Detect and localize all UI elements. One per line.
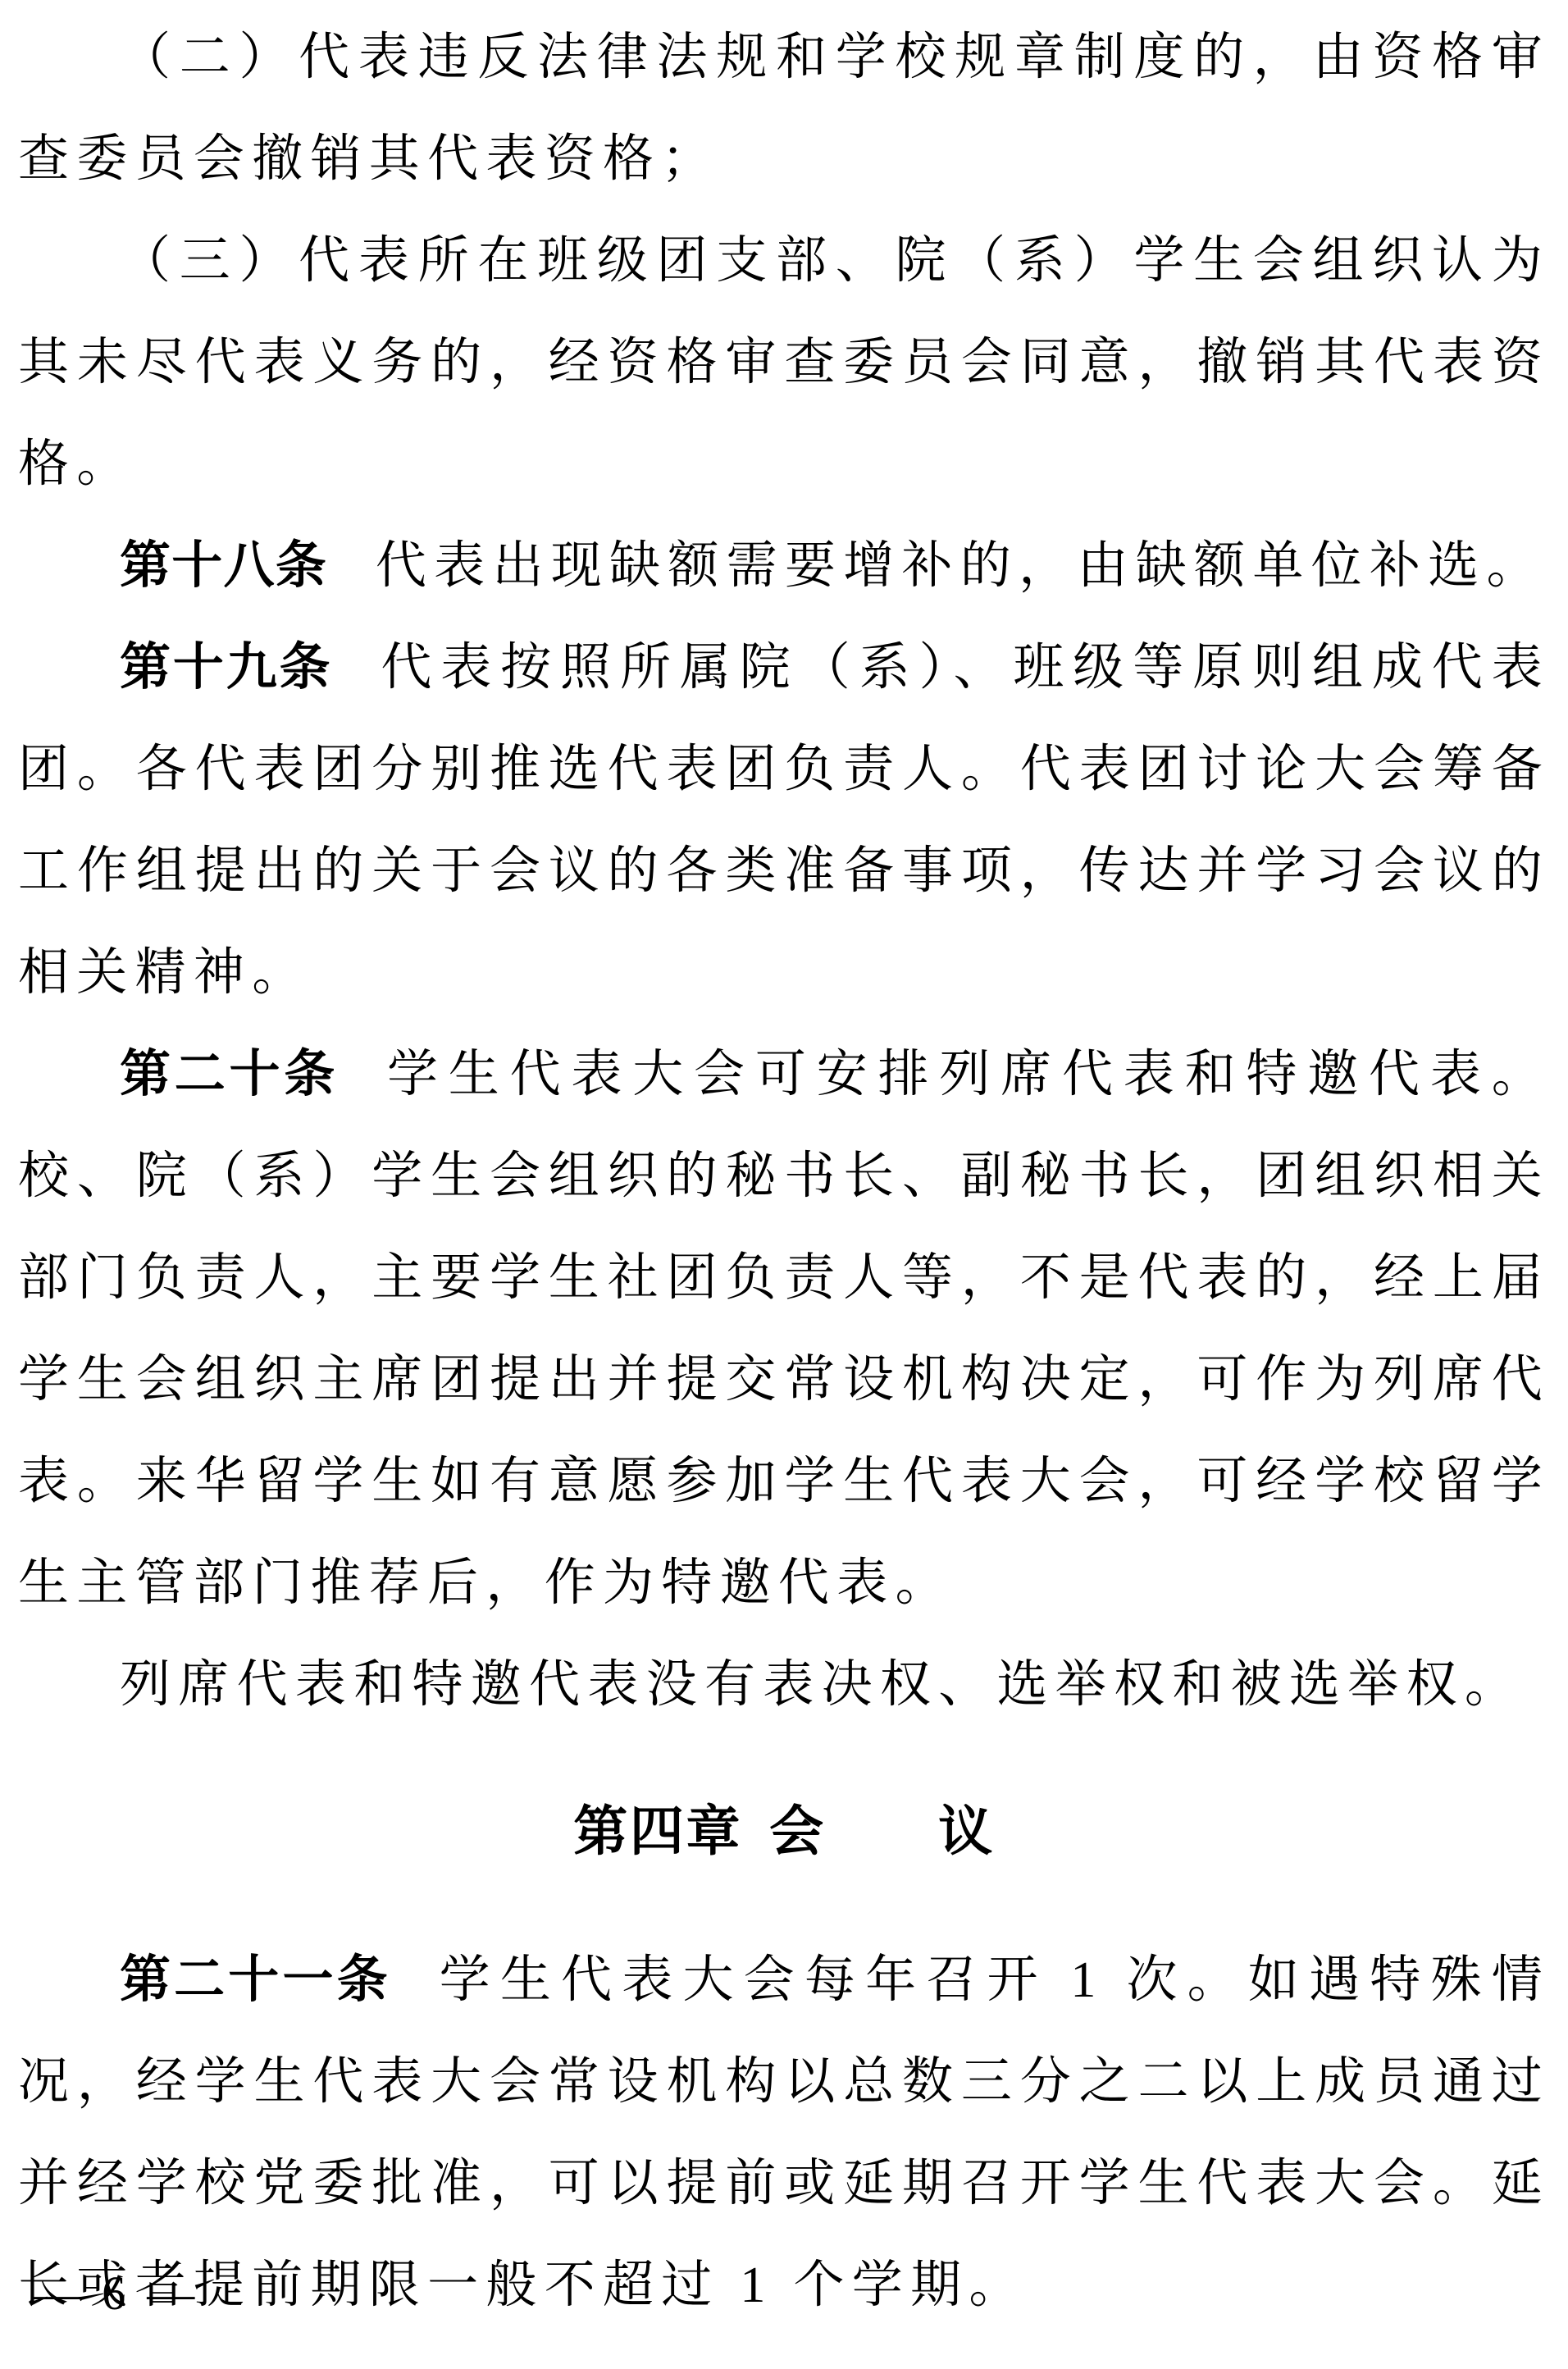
article-number: 第十八条: [120, 537, 327, 594]
paragraph: 第十八条代表出现缺额需要增补的，由缺额单位补选。: [18, 515, 1550, 617]
paragraph: （二）代表违反法律法规和学校规章制度的，由资格审查委员会撤销其代表资格；: [18, 7, 1550, 210]
paragraph: 列席代表和特邀代表没有表决权、选举权和被选举权。: [18, 1634, 1550, 1736]
paragraph: （三）代表所在班级团支部、院（系）学生会组织认为其未尽代表义务的，经资格审查委员…: [18, 210, 1550, 515]
paragraph-text: 列席代表和特邀代表没有表决权、选举权和被选举权。: [120, 1657, 1523, 1713]
article-number: 第二十一条: [120, 1951, 391, 2008]
article-number: 第二十条: [120, 1046, 339, 1102]
paragraph-text: 学生代表大会可安排列席代表和特邀代表。校、院（系）学生会组织的秘书长、副秘书长，…: [18, 1047, 1550, 1611]
document-body: （二）代表违反法律法规和学校规章制度的，由资格审查委员会撤销其代表资格； （三）…: [18, 7, 1550, 2336]
paragraph-text: 代表出现缺额需要增补的，由缺额单位补选。: [376, 538, 1545, 594]
article-number: 第十九条: [120, 639, 332, 696]
paragraph: 第二十一条学生代表大会每年召开 1 次。如遇特殊情况，经学生代表大会常设机构以总…: [18, 1929, 1550, 2336]
chapter-number: 第四章: [573, 1802, 742, 1862]
document-page: （二）代表违反法律法规和学校规章制度的，由资格审查委员会撤销其代表资格； （三）…: [0, 0, 1568, 2369]
page-footer: — 6 —: [33, 2269, 199, 2318]
paragraph-text: （二）代表违反法律法规和学校规章制度的，由资格审查委员会撤销其代表资格；: [18, 30, 1550, 187]
chapter-title: 会 议: [769, 1802, 995, 1862]
paragraph-text: （三）代表所在班级团支部、院（系）学生会组织认为其未尽代表义务的，经资格审查委员…: [18, 233, 1550, 492]
paragraph: 第十九条代表按照所属院（系）、班级等原则组成代表团。各代表团分别推选代表团负责人…: [18, 617, 1550, 1024]
page-number: — 6 —: [33, 2266, 199, 2320]
chapter-heading: 第四章会 议: [18, 1782, 1550, 1883]
paragraph: 第二十条学生代表大会可安排列席代表和特邀代表。校、院（系）学生会组织的秘书长、副…: [18, 1024, 1550, 1634]
